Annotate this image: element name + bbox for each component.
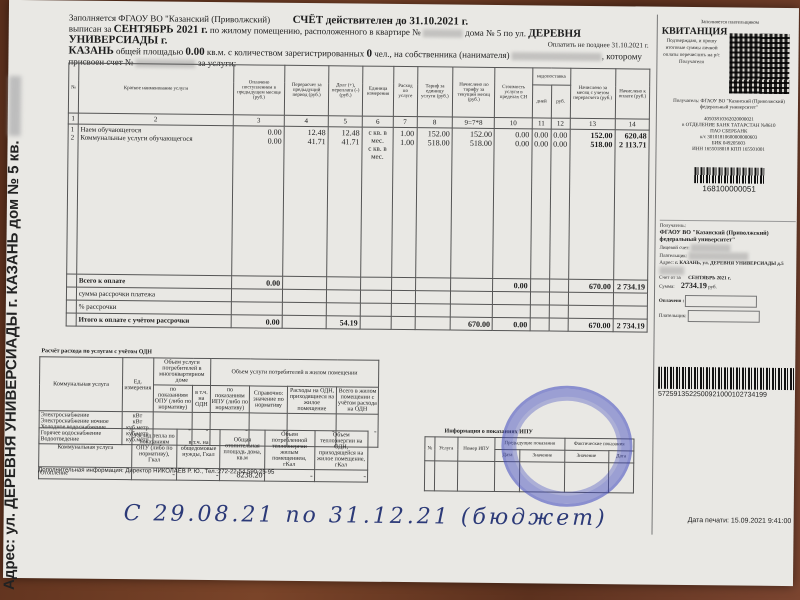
- barcode-1: [694, 167, 764, 184]
- invoice-document: Адрес: ул. ДЕРЕВНЯ УНИВЕРСИАДЫ г. КАЗАНЬ…: [3, 0, 799, 586]
- payer-signature-field[interactable]: [688, 310, 760, 323]
- barcode-1-number: 168100000051: [694, 185, 764, 193]
- bank-details: Получатель: ФГАОУ ВО "Казанский (Приволж…: [660, 99, 797, 154]
- paid-field[interactable]: [685, 295, 757, 308]
- table-row: 12 Наем обучающегосяКоммунальные услуги …: [67, 124, 650, 280]
- receipt-recipient: Получатель: ФГАОУ ВО "Казанский (Приволж…: [659, 220, 796, 324]
- barcode-2: [658, 367, 794, 390]
- receipt-sum: 2734.19: [681, 281, 707, 290]
- qr-code: [729, 33, 790, 94]
- print-date: Дата печати: 15.09.2021 9:41:00: [688, 517, 792, 525]
- odn-title: Расчёт расхода по услугам с учётом ОДН: [41, 348, 152, 355]
- receipt-panel: Заполняется плательщиком КВИТАНЦИЯ Подтв…: [651, 15, 800, 537]
- official-stamp: [501, 385, 633, 507]
- handwritten-note: С 29.08.21 по 31.12.21 (бюджет): [124, 501, 608, 531]
- barcode-2-number: 5725913522500921000102734199: [658, 391, 794, 399]
- charges-table: № Краткое наименование услуги Оплачено п…: [66, 63, 651, 333]
